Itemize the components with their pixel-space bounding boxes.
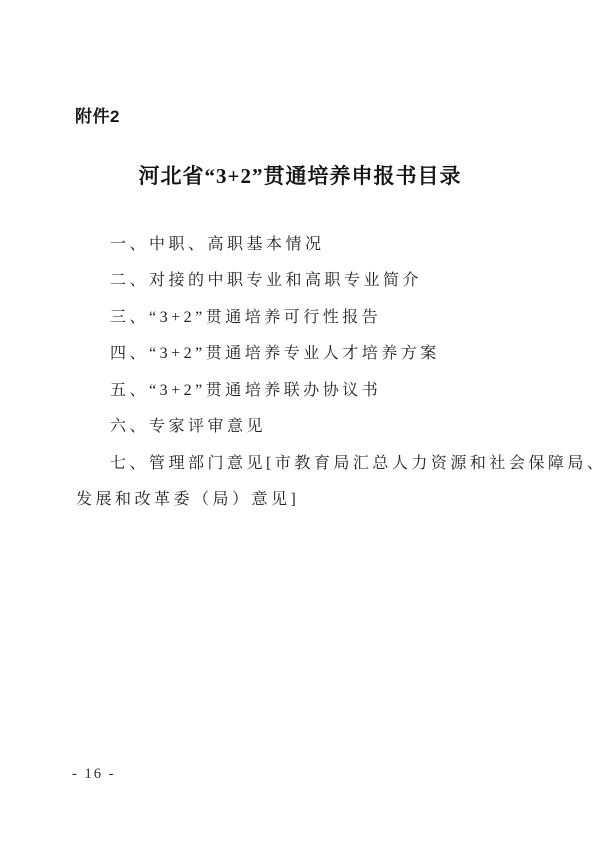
- toc-item-7: 七、管理部门意见[市教育局汇总人力资源和社会保障局、: [110, 455, 600, 473]
- document-page: 附件2 河北省“3+2”贯通培养申报书目录 一、中职、高职基本情况 二、对接的中…: [0, 0, 600, 848]
- toc-item-7-continuation: 发展和改革委（局）意见]: [76, 491, 299, 509]
- toc-item-3: 三、“3+2”贯通培养可行性报告: [110, 309, 381, 327]
- toc-item-5: 五、“3+2”贯通培养联办协议书: [110, 382, 381, 400]
- attachment-label: 附件2: [75, 102, 120, 127]
- page-number: - 16 -: [72, 766, 115, 783]
- toc-item-4: 四、“3+2”贯通培养专业人才培养方案: [110, 345, 440, 363]
- toc-item-2: 二、对接的中职专业和高职专业简介: [110, 272, 422, 290]
- toc-item-6: 六、专家评审意见: [110, 418, 266, 436]
- toc-item-1: 一、中职、高职基本情况: [110, 236, 325, 254]
- page-title: 河北省“3+2”贯通培养申报书目录: [0, 160, 600, 190]
